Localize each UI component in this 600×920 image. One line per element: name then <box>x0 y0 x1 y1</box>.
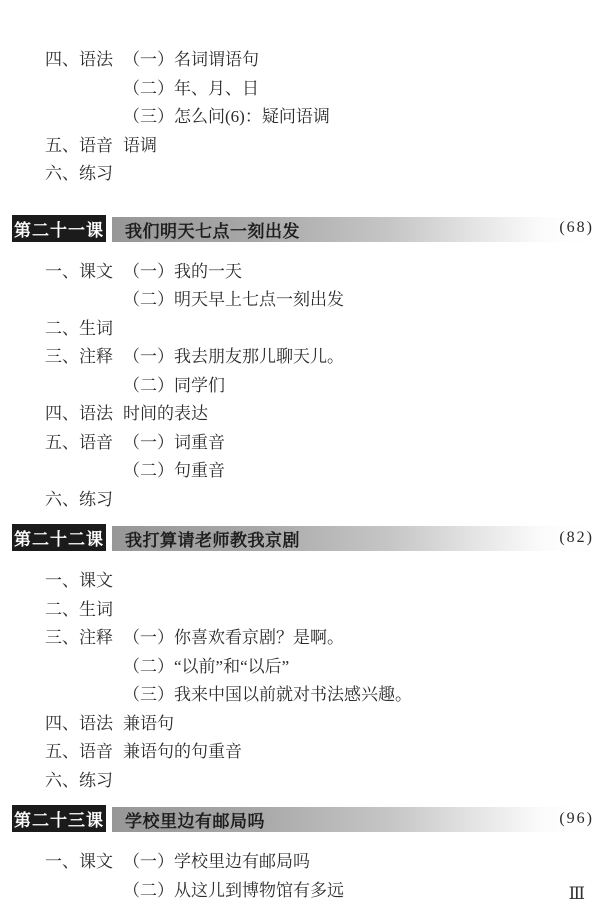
item-label-spacer <box>45 103 123 132</box>
item-text: 兼语句 <box>123 710 600 739</box>
lesson-page-ref: (96) <box>559 805 594 832</box>
lesson-section: 第二十一课我们明天七点一刻出发(68)一、课文（一）我的一天（二）明天早上七点一… <box>0 215 600 515</box>
item-label-spacer <box>45 457 123 486</box>
item-text <box>123 486 600 515</box>
item-text: （二）年、月、日 <box>123 75 600 104</box>
item-number-label: 一、课文 <box>45 258 123 287</box>
toc-item-row: （二）句重音 <box>0 457 600 486</box>
item-text <box>123 567 600 596</box>
toc-item-row: （二）明天早上七点一刻出发 <box>0 286 600 315</box>
item-label-spacer <box>45 681 123 710</box>
lesson-section: 第二十二课我打算请老师教我京剧(82)一、课文二、生词三、注释（一）你喜欢看京剧… <box>0 524 600 795</box>
toc-item-row: 一、课文（一）学校里边有邮局吗 <box>0 848 600 877</box>
item-text <box>123 315 600 344</box>
toc-item-row: 四、语法兼语句 <box>0 710 600 739</box>
lesson-title: 我们明天七点一刻出发 <box>125 217 300 242</box>
toc-item-row: 六、练习 <box>0 486 600 515</box>
item-text: （一）词重音 <box>123 429 600 458</box>
toc-item-row: 五、语音语调 <box>0 132 600 161</box>
item-number-label: 四、语法 <box>45 710 123 739</box>
item-number-label: 四、语法 <box>45 400 123 429</box>
item-text <box>123 160 600 189</box>
toc-item-row: （三）怎么问(6)：疑问语调 <box>0 103 600 132</box>
toc-item-row: 四、语法时间的表达 <box>0 400 600 429</box>
lesson-page-ref: (82) <box>559 524 594 551</box>
lesson-title: 我打算请老师教我京剧 <box>125 526 300 551</box>
lesson-section: 第二十三课学校里边有邮局吗(96)一、课文（一）学校里边有邮局吗（二）从这儿到博… <box>0 805 600 905</box>
toc-item-row: 五、语音（一）词重音 <box>0 429 600 458</box>
toc-item-row: （三）我来中国以前就对书法感兴趣。 <box>0 681 600 710</box>
item-number-label: 三、注释 <box>45 343 123 372</box>
item-number-label: 五、语音 <box>45 429 123 458</box>
item-label-spacer <box>45 286 123 315</box>
item-text: （一）学校里边有邮局吗 <box>123 848 600 877</box>
page-number: Ⅲ <box>569 884 585 904</box>
item-text: 时间的表达 <box>123 400 600 429</box>
item-number-label: 二、生词 <box>45 315 123 344</box>
item-text: （三）我来中国以前就对书法感兴趣。 <box>123 681 600 710</box>
item-number-label: 六、练习 <box>45 767 123 796</box>
item-text: （一）你喜欢看京剧？是啊。 <box>123 624 600 653</box>
lesson-title-bar: 我们明天七点一刻出发 <box>112 217 594 242</box>
item-text: （三）怎么问(6)：疑问语调 <box>123 103 600 132</box>
lesson-section: 四、语法（一）名词谓语句（二）年、月、日（三）怎么问(6)：疑问语调五、语音语调… <box>0 46 600 189</box>
lesson-page-ref: (68) <box>559 215 594 242</box>
toc-item-row: 一、课文（一）我的一天 <box>0 258 600 287</box>
lesson-header: 第二十二课我打算请老师教我京剧(82) <box>12 524 594 551</box>
item-number-label: 六、练习 <box>45 486 123 515</box>
toc-item-row: 四、语法（一）名词谓语句 <box>0 46 600 75</box>
toc-item-row: 三、注释（一）我去朋友那儿聊天儿。 <box>0 343 600 372</box>
item-number-label: 五、语音 <box>45 738 123 767</box>
item-number-label: 一、课文 <box>45 567 123 596</box>
toc-item-row: 二、生词 <box>0 315 600 344</box>
toc-content: 四、语法（一）名词谓语句（二）年、月、日（三）怎么问(6)：疑问语调五、语音语调… <box>0 46 600 915</box>
item-number-label: 五、语音 <box>45 132 123 161</box>
lesson-header: 第二十一课我们明天七点一刻出发(68) <box>12 215 594 242</box>
item-text: （二）“以前”和“以后” <box>123 653 600 682</box>
toc-item-row: 一、课文 <box>0 567 600 596</box>
toc-item-row: 二、生词 <box>0 596 600 625</box>
toc-item-row: 六、练习 <box>0 767 600 796</box>
item-text <box>123 596 600 625</box>
item-label-spacer <box>45 653 123 682</box>
item-number-label: 二、生词 <box>45 596 123 625</box>
item-number-label: 四、语法 <box>45 46 123 75</box>
toc-item-row: 三、注释（一）你喜欢看京剧？是啊。 <box>0 624 600 653</box>
item-number-label: 三、注释 <box>45 624 123 653</box>
lesson-title-bar: 我打算请老师教我京剧 <box>112 526 594 551</box>
lesson-label-box: 第二十三课 <box>12 805 106 832</box>
item-label-spacer <box>45 372 123 401</box>
item-text: （二）句重音 <box>123 457 600 486</box>
toc-item-row: 六、练习 <box>0 160 600 189</box>
item-text <box>123 767 600 796</box>
lesson-label-box: 第二十一课 <box>12 215 106 242</box>
lesson-label-box: 第二十二课 <box>12 524 106 551</box>
item-label-spacer <box>45 75 123 104</box>
toc-item-row: 五、语音兼语句的句重音 <box>0 738 600 767</box>
lesson-title: 学校里边有邮局吗 <box>125 807 265 832</box>
item-number-label: 六、练习 <box>45 160 123 189</box>
item-text: （二）同学们 <box>123 372 600 401</box>
item-number-label: 一、课文 <box>45 848 123 877</box>
item-text: （二）从这儿到博物馆有多远 <box>123 877 600 906</box>
item-label-spacer <box>45 877 123 906</box>
lesson-header: 第二十三课学校里边有邮局吗(96) <box>12 805 594 832</box>
toc-item-row: （二）年、月、日 <box>0 75 600 104</box>
item-text: （一）我的一天 <box>123 258 600 287</box>
item-text: （二）明天早上七点一刻出发 <box>123 286 600 315</box>
item-text: 兼语句的句重音 <box>123 738 600 767</box>
item-text: （一）名词谓语句 <box>123 46 600 75</box>
item-text: 语调 <box>123 132 600 161</box>
item-text: （一）我去朋友那儿聊天儿。 <box>123 343 600 372</box>
lesson-title-bar: 学校里边有邮局吗 <box>112 807 594 832</box>
toc-item-row: （二）从这儿到博物馆有多远 <box>0 877 600 906</box>
toc-item-row: （二）“以前”和“以后” <box>0 653 600 682</box>
toc-item-row: （二）同学们 <box>0 372 600 401</box>
